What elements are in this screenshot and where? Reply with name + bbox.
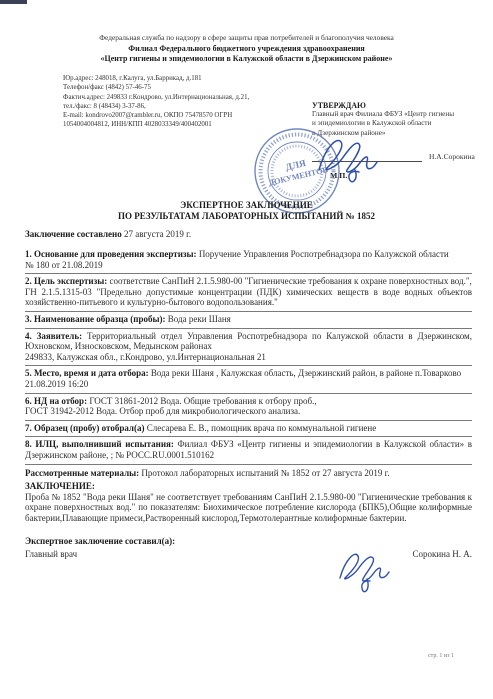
header-org-line: Филиал Федерального бюджетного учреждени…: [0, 44, 493, 54]
email-okpo-ogrn: E-mail: kondrovo2007@rambler.ru, ОКПО 75…: [63, 111, 318, 120]
section-applicant-label: 4. Заявитель:: [25, 331, 82, 341]
composed-label: Заключение составлено: [25, 229, 122, 239]
section-sampling-standard-label: 6. НД на отбор:: [25, 396, 87, 406]
contact-block: Юр.адрес: 248018, г.Калуга, ул.Баррикад,…: [63, 74, 318, 130]
title-line-2: ПО РЕЗУЛЬТАТАМ ЛАБОРАТОРНЫХ ИСПЫТАНИЙ № …: [0, 211, 493, 222]
materials-text: Протокол лабораторных испытаний № 1852 о…: [141, 468, 389, 478]
materials-paragraph: Рассмотренные материалы: Протокол лабора…: [25, 465, 472, 480]
section-sampler: 7. Образец (пробу) отобрал(а) Слесарева …: [25, 421, 472, 438]
section-basis: 1. Основание для проведения экспертизы: …: [25, 247, 472, 274]
header-agency-line: Федеральная служба по надзору в сфере за…: [0, 33, 493, 43]
approver-signature-ink: [315, 132, 385, 188]
section-laboratory-label: 8. ИЛЦ, выполнивший испытания:: [25, 439, 174, 449]
section-sampling-standard: 6. НД на отбор: ГОСТ 31861-2012 Вода. Об…: [25, 394, 472, 421]
title-line-1: ЭКСПЕРТНОЕ ЗАКЛЮЧЕНИЕ: [0, 200, 493, 211]
approve-heading: УТВЕРЖДАЮ: [312, 101, 490, 110]
section-sampler-text: Слесарева Е. В., помощник врача по комму…: [147, 423, 377, 433]
composer-signature-ink: [337, 548, 393, 598]
phone-fax: Телефон/факс (4842) 57-46-75: [63, 83, 318, 92]
header-center-name: «Центр гигиены и эпидемиологии в Калужск…: [0, 54, 493, 64]
document-title: ЭКСПЕРТНОЕ ЗАКЛЮЧЕНИЕ ПО РЕЗУЛЬТАТАМ ЛАБ…: [0, 200, 493, 222]
approver-name: Н.А.Сорокина: [429, 152, 475, 161]
composed-value: 27 августа 2019 г.: [122, 229, 191, 239]
composer-block: Экспертное заключение составил(а): Главн…: [25, 536, 472, 559]
composer-name: Сорокина Н. А.: [412, 549, 472, 560]
composer-row: Главный врач Сорокина Н. А.: [25, 549, 472, 560]
section-laboratory: 8. ИЛЦ, выполнивший испытания: Филиал ФБ…: [25, 437, 472, 464]
composer-role: Главный врач: [25, 549, 77, 560]
section-applicant: 4. Заявитель: Территориальный отдел Упра…: [25, 329, 472, 367]
section-sampling-place: 5. Место, время и дата отбора: Вода реки…: [25, 366, 472, 393]
composed-date-line: Заключение составлено 27 августа 2019 г.: [25, 229, 191, 239]
tel-fax: тел./факс: 8 (48434) 3-37-86,: [63, 102, 318, 111]
scan-artifact: [0, 0, 27, 4]
actual-address: Фактич.адрес: 249833 г.Кондрово, ул.Инте…: [63, 93, 318, 102]
legal-address: Юр.адрес: 248018, г.Калуга, ул.Баррикад,…: [63, 74, 318, 83]
section-sample-name-text: Вода реки Шаня: [168, 314, 231, 324]
section-sample-name-label: 3. Наименование образца (пробы):: [25, 314, 166, 324]
conclusion-heading: ЗАКЛЮЧЕНИЕ:: [25, 479, 472, 492]
section-purpose-label: 2. Цель экспертизы:: [25, 276, 107, 286]
document-body: 1. Основание для проведения экспертизы: …: [25, 247, 472, 560]
section-basis-label: 1. Основание для проведения экспертизы:: [25, 249, 197, 259]
approve-line-1: Главный врач Филиала ФБУЗ «Центр гигиены: [312, 110, 490, 119]
section-applicant-text: Территориальный отдел Управления Роспотр…: [25, 331, 472, 362]
section-sampling-place-label: 5. Место, время и дата отбора:: [25, 368, 149, 378]
section-sampler-label: 7. Образец (пробу) отобрал(а): [25, 423, 144, 433]
document-header: Федеральная служба по надзору в сфере за…: [0, 33, 493, 64]
page-number: стр. 1 из 1: [428, 653, 454, 659]
composer-label: Экспертное заключение составил(а):: [25, 536, 472, 547]
materials-label: Рассмотренные материалы:: [25, 468, 139, 478]
document-page: Федеральная служба по надзору в сфере за…: [0, 0, 493, 699]
conclusion-text: Проба № 1852 "Вода реки Шаня" не соответ…: [25, 492, 472, 524]
section-sample-name: 3. Наименование образца (пробы): Вода ре…: [25, 312, 472, 329]
section-purpose: 2. Цель экспертизы: соответствие СанПиН …: [25, 274, 472, 312]
